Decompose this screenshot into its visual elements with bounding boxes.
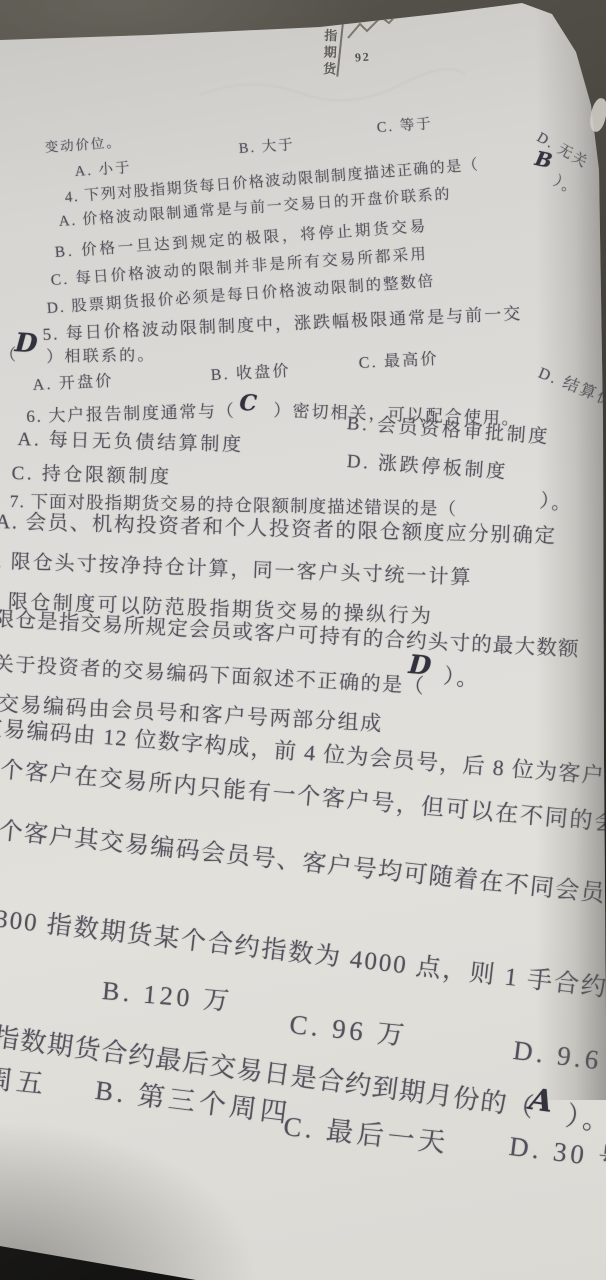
q9-stem: 9. 沪深 300 指数期货某个合约指数为 4000 点，则 1 手合约的价值	[0, 888, 606, 1013]
trend-line-icon	[345, 8, 403, 42]
q6-option-a: A. 每日无负债结算制度	[17, 424, 244, 457]
q6-option-c: C. 持仓限额制度	[11, 458, 172, 489]
prev-question-fragment: 变动价位。	[44, 131, 122, 156]
q5-stem-continuation: ）相联系的。	[46, 342, 156, 367]
q8-close-paren: ）。	[442, 660, 483, 695]
page-curl-shadow	[536, 0, 606, 1100]
q9-option-b: B. 120 万	[101, 970, 235, 1018]
q3-option-b: B. 大于	[238, 133, 295, 158]
q10-option-c: C. 最后一天	[282, 1104, 451, 1160]
q5-option-a: A. 开盘价	[32, 368, 114, 395]
q7-option-b: B. 限仓头寸按净持仓计算，同一客户头寸统一计算	[0, 544, 473, 590]
show-through-mark	[190, 55, 470, 115]
q7-option-a: A. 会员、机构投资者和个人投资者的限仓额度应分别确定	[0, 504, 557, 549]
q6-option-d: D. 涨跌停板制度	[346, 446, 509, 484]
book-page: 股指期货 92 变动价位。 A. 小于 B. 大于 C. 等于 D. 无关 4.…	[0, 0, 606, 1280]
q5-option-b: B. 收盘价	[210, 358, 291, 385]
handwritten-answer-q8: D	[407, 650, 432, 682]
handwritten-answer-q5: D	[14, 328, 39, 359]
q6-stem: 6. 大户报告制度通常与（	[26, 397, 236, 427]
q5-option-c: C. 最高价	[358, 346, 439, 373]
q3-option-c: C. 等于	[376, 112, 433, 137]
q9-option-c: C. 96 万	[288, 1002, 410, 1053]
photo-of-book-page: 股指期货 92 变动价位。 A. 小于 B. 大于 C. 等于 D. 无关 4.…	[0, 0, 606, 1280]
q3-option-a: A. 小于	[74, 156, 132, 181]
page-corner-shadow	[0, 1120, 260, 1280]
page-edge-highlight	[588, 97, 606, 133]
handwritten-answer-q6: C	[239, 390, 257, 417]
